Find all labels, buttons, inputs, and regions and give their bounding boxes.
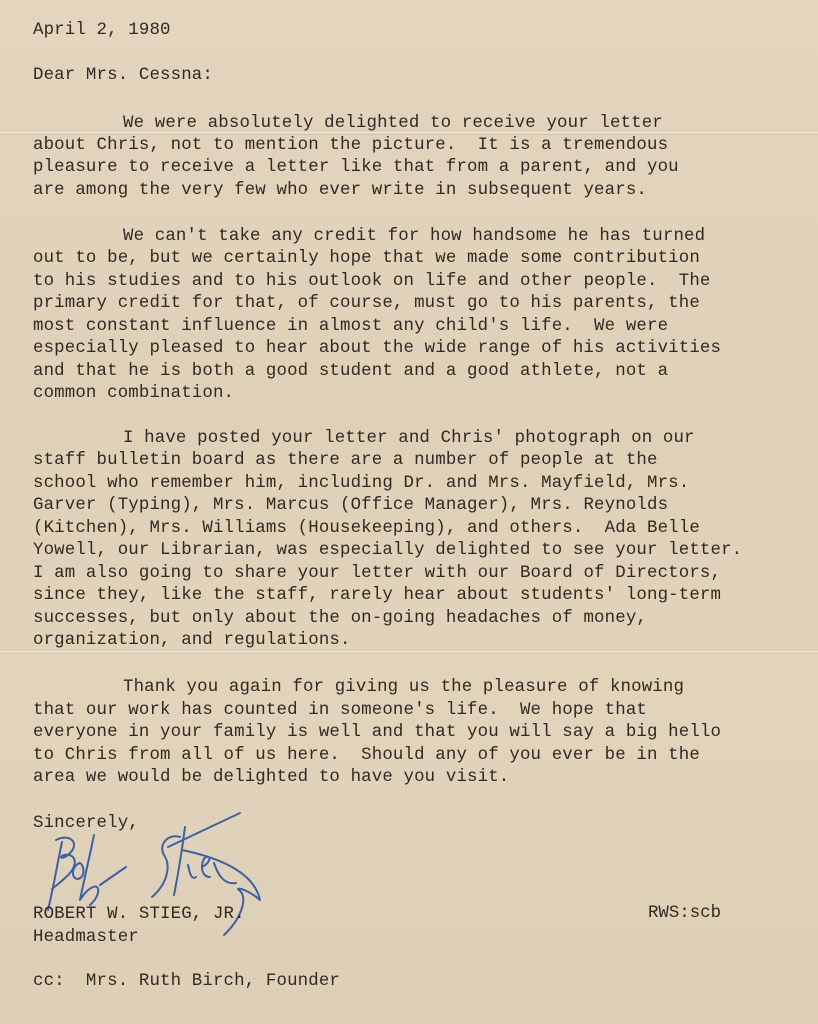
paragraph-line: primary credit for that, of course, must… (33, 293, 700, 315)
paragraph-line: (Kitchen), Mrs. Williams (Housekeeping),… (33, 518, 700, 540)
reference-initials: RWS:scb (648, 904, 721, 923)
paragraph-line: out to be, but we certainly hope that we… (33, 248, 700, 270)
paragraph-line: most constant influence in almost any ch… (33, 316, 668, 338)
paragraph-line: Thank you again for giving us the pleasu… (33, 677, 684, 699)
paragraph-line: Yowell, our Librarian, was especially de… (33, 540, 742, 562)
paragraph-line: school who remember him, including Dr. a… (33, 473, 689, 495)
paragraph-line: I have posted your letter and Chris' pho… (33, 428, 695, 450)
paragraph-line: everyone in your family is well and that… (33, 722, 721, 744)
paragraph-line: pleasure to receive a letter like that f… (33, 157, 679, 179)
paragraph-line: I am also going to share your letter wit… (33, 563, 721, 585)
signer-title: Headmaster (33, 927, 139, 949)
paragraph-line: area we would be delighted to have you v… (33, 767, 509, 789)
paragraph-line: about Chris, not to mention the picture.… (33, 135, 668, 157)
paragraph-line: organization, and regulations. (33, 630, 351, 652)
paragraph-line: We were absolutely delighted to receive … (33, 113, 663, 135)
paragraph-line: to Chris from all of us here. Should any… (33, 745, 700, 767)
paragraph-line: and that he is both a good student and a… (33, 361, 668, 383)
paragraph-line: We can't take any credit for how handsom… (33, 226, 705, 248)
signer-name: ROBERT W. STIEG, JR. (33, 904, 245, 926)
salutation: Dear Mrs. Cessna: (33, 65, 213, 87)
paragraph-line: successes, but only about the on-going h… (33, 608, 647, 630)
paragraph-line: common combination. (33, 383, 234, 405)
paragraph-line: especially pleased to hear about the wid… (33, 338, 721, 360)
cc-line: cc: Mrs. Ruth Birch, Founder (33, 971, 340, 993)
paragraph-line: to his studies and to his outlook on lif… (33, 271, 711, 293)
paragraph-line: since they, like the staff, rarely hear … (33, 585, 721, 607)
letter-date: April 2, 1980 (33, 20, 171, 42)
paragraph-line: staff bulletin board as there are a numb… (33, 450, 658, 472)
paragraph-line: Garver (Typing), Mrs. Marcus (Office Man… (33, 495, 668, 517)
paragraph-line: are among the very few who ever write in… (33, 180, 647, 202)
paragraph-line: that our work has counted in someone's l… (33, 700, 647, 722)
